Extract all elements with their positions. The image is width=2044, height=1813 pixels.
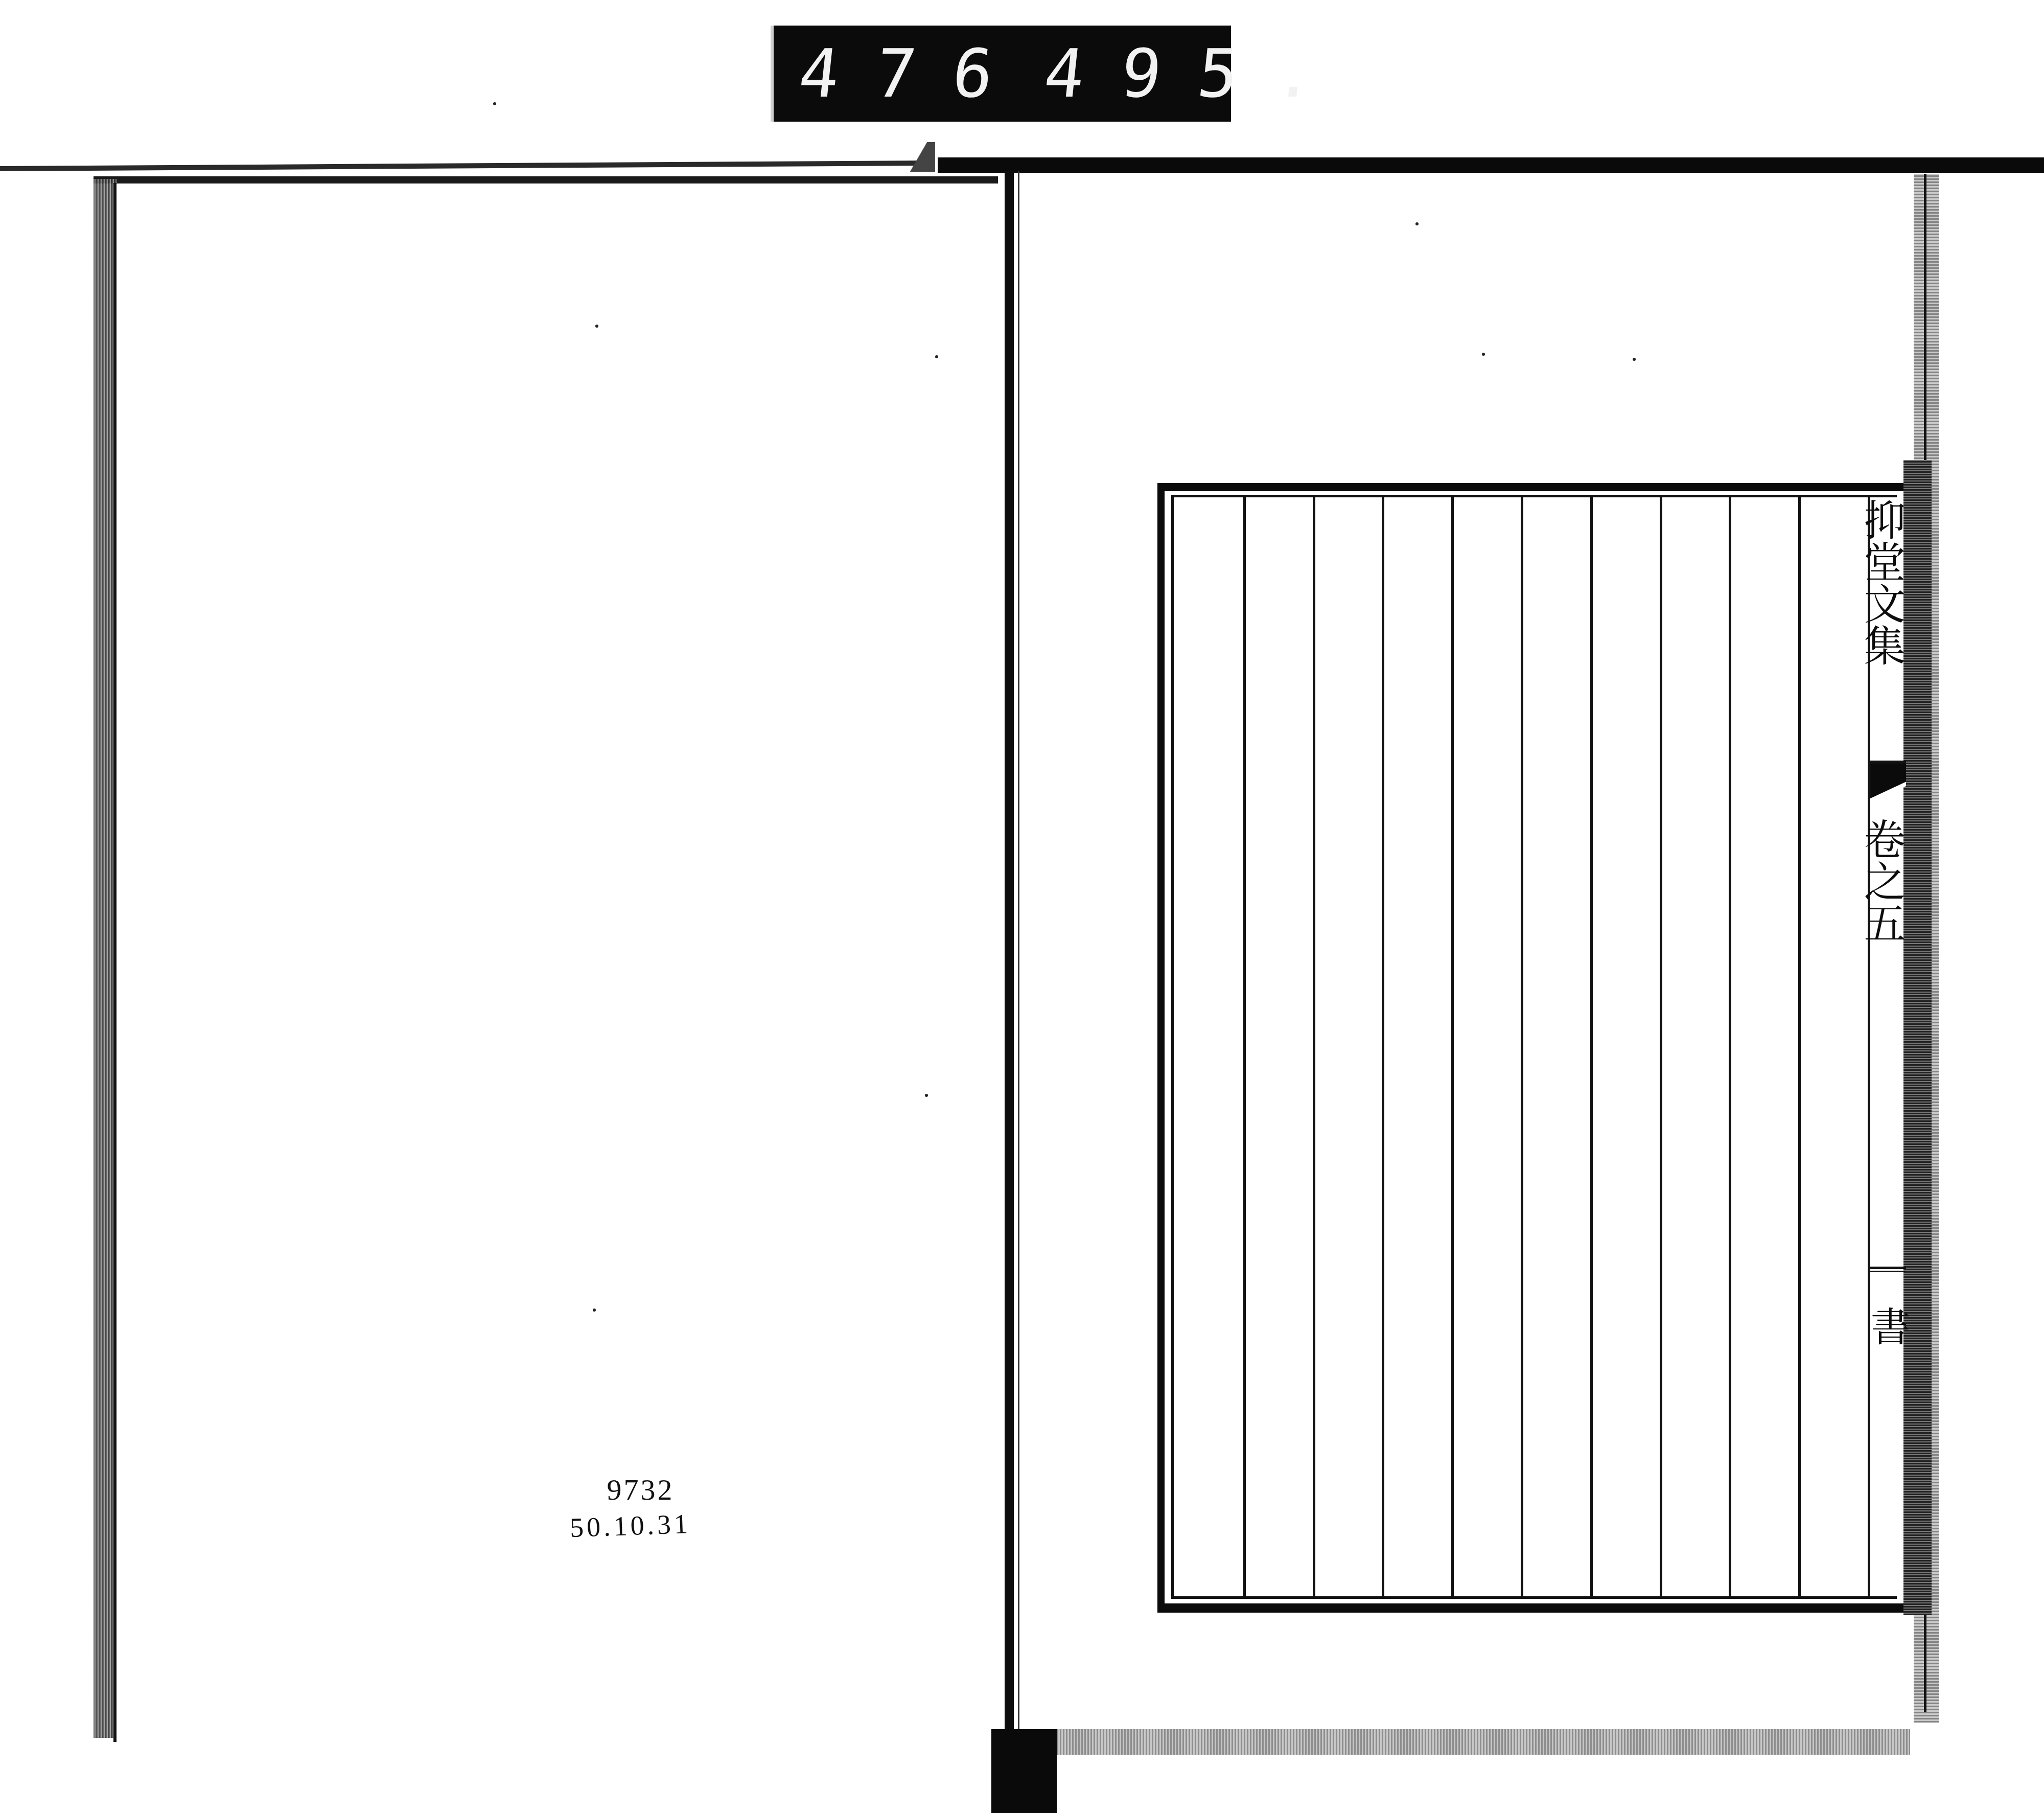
margin-section-label: 書 bbox=[1874, 1306, 1910, 1346]
printed-frame-inner bbox=[1171, 495, 1897, 1599]
frame-counter-start: 476 bbox=[795, 33, 1034, 114]
top-rule-left bbox=[0, 160, 935, 171]
scan-speck bbox=[925, 1094, 928, 1097]
right-page-bottom-shadow bbox=[1057, 1729, 1910, 1755]
frame-counter: 476 495. bbox=[771, 26, 1231, 122]
top-rule-right bbox=[938, 157, 2044, 173]
scan-speck bbox=[593, 1309, 596, 1312]
column-rule bbox=[1660, 495, 1662, 1599]
book-spine bbox=[1005, 171, 1014, 1730]
column-rule bbox=[1729, 495, 1731, 1599]
margin-volume-label: 卷之五 bbox=[1870, 818, 1906, 944]
left-page-top-edge bbox=[94, 176, 998, 183]
column-rule bbox=[1521, 495, 1523, 1599]
margin-divider bbox=[1870, 1267, 1906, 1269]
spine-foot-block bbox=[991, 1729, 1057, 1813]
column-rule bbox=[1313, 495, 1315, 1599]
column-rule bbox=[1243, 495, 1246, 1599]
column-rule bbox=[1590, 495, 1593, 1599]
column-rule bbox=[1451, 495, 1454, 1599]
scan-speck bbox=[935, 355, 938, 358]
stamp-date: 50.10.31 bbox=[569, 1506, 691, 1546]
scan-speck bbox=[595, 325, 598, 328]
spine-gutter-line bbox=[1018, 171, 1019, 1730]
left-page-edge-line bbox=[113, 183, 117, 1742]
margin-strip-shadow bbox=[1903, 460, 1932, 1615]
library-stamp: 9732 50.10.31 bbox=[570, 1472, 691, 1544]
scan-speck bbox=[1415, 222, 1419, 225]
column-rule bbox=[1382, 495, 1384, 1599]
column-rule bbox=[1798, 495, 1801, 1599]
fish-tail-icon bbox=[1870, 762, 1906, 810]
margin-book-title: 抑堂文集 bbox=[1870, 498, 1906, 666]
frame-counter-end: 495. bbox=[1040, 33, 1356, 114]
stamp-accession-number: 9732 bbox=[590, 1472, 691, 1508]
page-tab-notch bbox=[910, 142, 935, 172]
scan-speck bbox=[493, 102, 496, 105]
scan-speck bbox=[1482, 353, 1485, 356]
scan-speck bbox=[1633, 358, 1636, 361]
margin-divider-thin bbox=[1870, 1271, 1906, 1272]
